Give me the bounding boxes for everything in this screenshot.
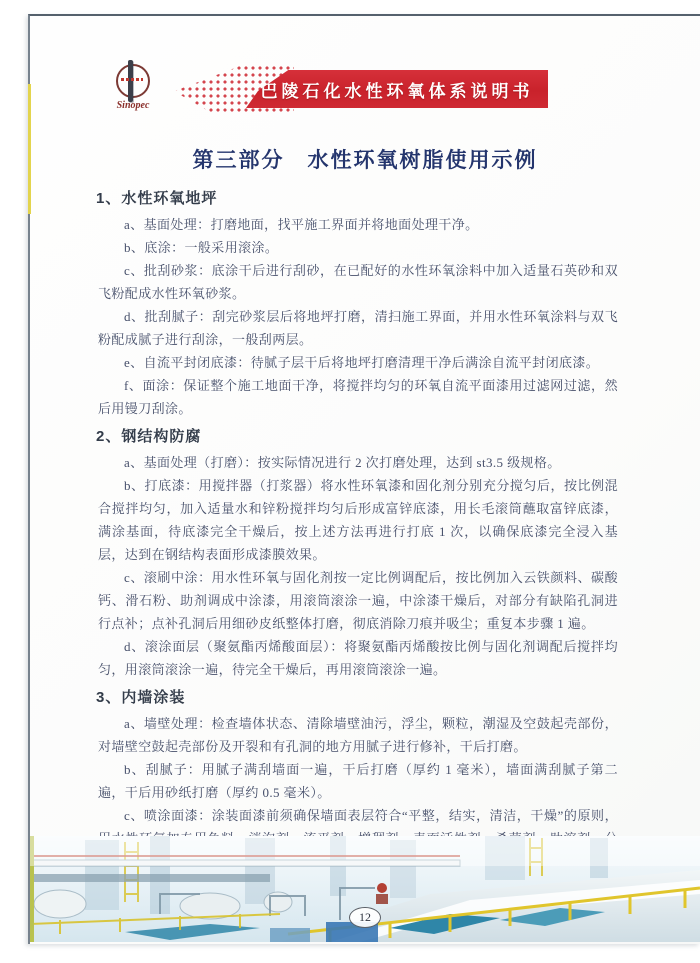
paragraph: b、底涂：一般采用滚涂。 — [98, 236, 618, 259]
paragraph: b、刮腻子：用腻子满刮墙面一遍，干后打磨（厚约 1 毫米），墙面满刮腻子第二遍，… — [98, 758, 618, 804]
section-heading-2: 2、钢结构防腐 — [96, 425, 618, 449]
paragraph: d、滚涂面层（聚氨酯丙烯酸面层）：将聚氨酯丙烯酸按比例与固化剂调配后搅拌均匀，用… — [98, 635, 618, 681]
sinopec-logo-icon: Sinopec — [112, 62, 154, 116]
paragraph: e、自流平封闭底漆：待腻子层干后将地坪打磨清理干净后满涂自流平封闭底漆。 — [98, 351, 618, 374]
paragraph: f、面涂：保证整个施工地面干净，将搅拌均匀的环氧自流平面漆用过滤网过滤，然后用镘… — [98, 374, 618, 420]
section-heading-3: 3、内墙涂装 — [96, 686, 618, 710]
plant-photo: 12 — [30, 836, 700, 942]
paragraph: c、批刮砂浆：底涂干后进行刮砂，在已配好的水性环氧涂料中加入适量石英砂和双飞粉配… — [98, 259, 618, 305]
paragraph: b、打底漆：用搅拌器（打浆器）将水性环氧漆和固化剂分别充分搅匀后，按比例混合搅拌… — [98, 474, 618, 566]
logo-dash — [121, 78, 143, 81]
red-title-banner: 巴陵石化水性环氧体系说明书 — [174, 70, 548, 108]
scanned-document: { "doc": { "header": { "logo_text": "Sin… — [0, 0, 700, 963]
logo-wordmark: Sinopec — [112, 100, 154, 111]
paragraph: a、基面处理（打磨）：按实际情况进行 2 次打磨处理，达到 st3.5 级规格。 — [98, 451, 618, 474]
paragraph: a、基面处理：打磨地面，找平施工界面并将地面处理干净。 — [98, 213, 618, 236]
logo-circle — [116, 64, 150, 98]
section-heading-1: 1、水性环氧地坪 — [96, 187, 618, 211]
page-header: Sinopec 巴陵石化水性环氧体系说明书 — [30, 60, 700, 120]
document-body: 1、水性环氧地坪 a、基面处理：打磨地面，找平施工界面并将地面处理干净。 b、底… — [98, 182, 618, 896]
banner-title: 巴陵石化水性环氧体系说明书 — [261, 77, 534, 102]
paragraph: d、批刮腻子：刮完砂浆层后将地坪打磨，清扫施工界面，并用水性环氧涂料与双飞粉配成… — [98, 305, 618, 351]
logo-bar — [128, 60, 133, 102]
document-page: Sinopec 巴陵石化水性环氧体系说明书 第三部分 水性环氧树脂使用示例 1、… — [28, 14, 700, 944]
document-title: 第三部分 水性环氧树脂使用示例 — [30, 144, 700, 174]
banner-red-bar: 巴陵石化水性环氧体系说明书 — [246, 70, 548, 108]
page-number: 12 — [349, 907, 381, 928]
paragraph: c、滚刷中涂：用水性环氧与固化剂按一定比例调配后，按比例加入云铁颜料、碳酸钙、滑… — [98, 566, 618, 635]
paragraph: a、墙壁处理：检查墙体状态、清除墙壁油污，浮尘，颗粒，潮湿及空鼓起壳部份，对墙壁… — [98, 712, 618, 758]
